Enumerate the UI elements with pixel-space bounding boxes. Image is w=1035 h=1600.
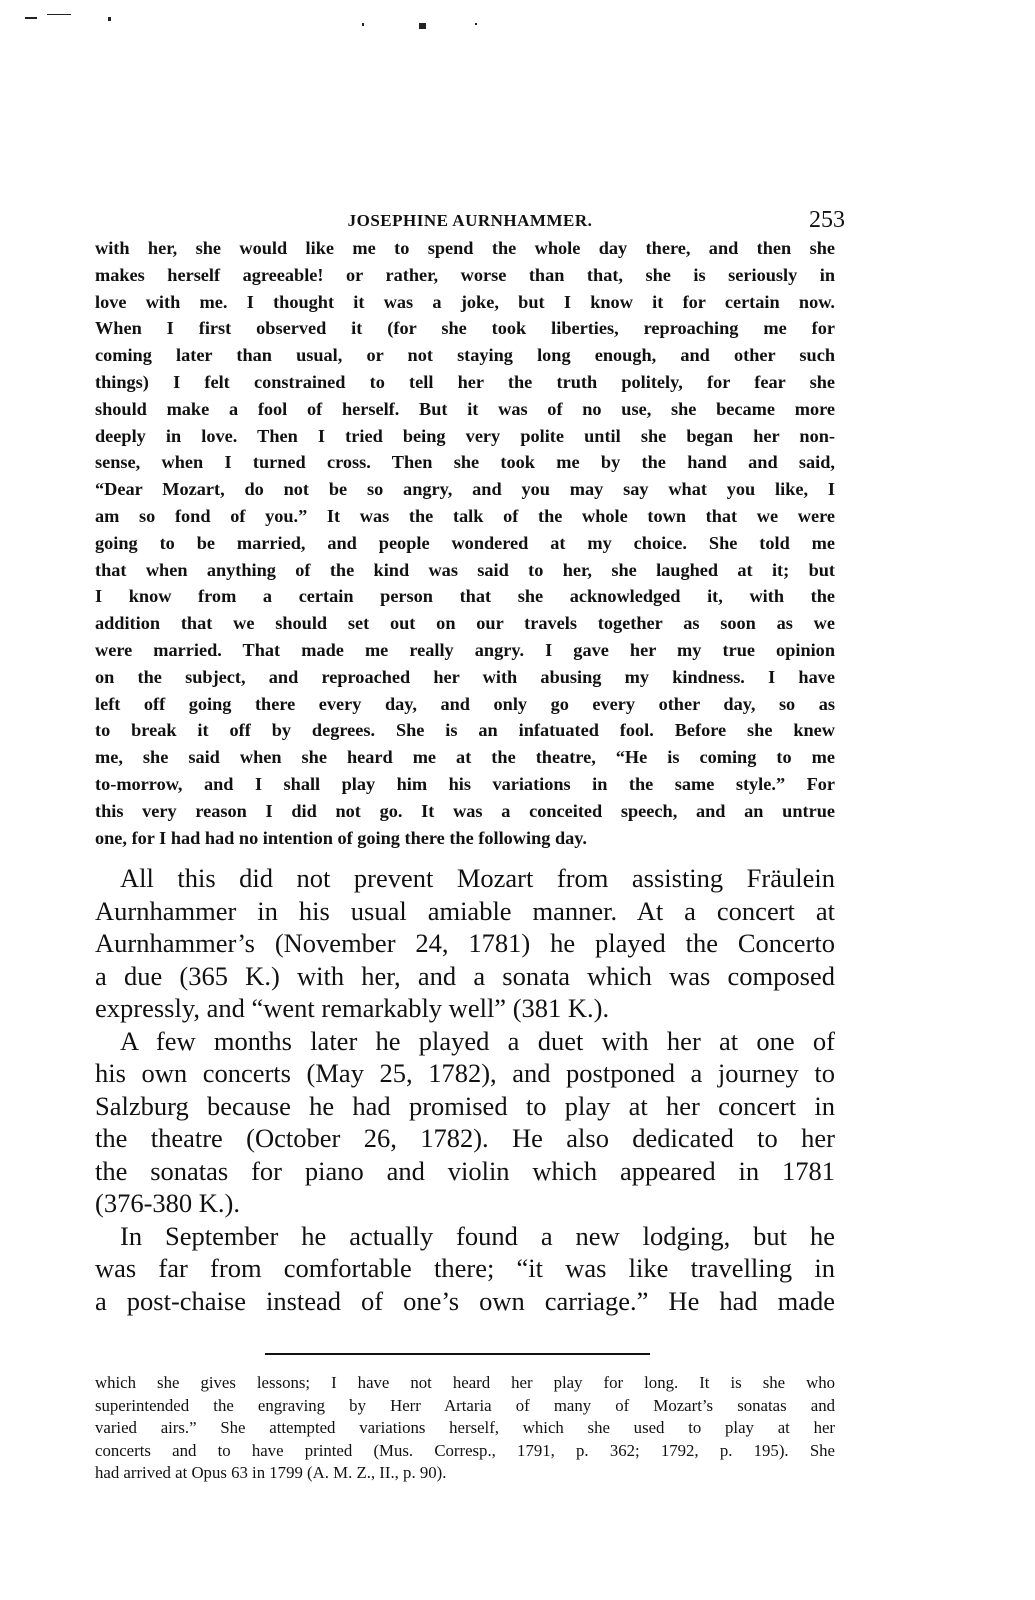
text-line: things) I felt constrained to tell her t… [95, 369, 835, 396]
footnote-line: concerts and to have printed (Mus. Corre… [95, 1440, 835, 1463]
scan-speck [419, 23, 426, 29]
text-line: on the subject, and reproached her with … [95, 664, 835, 691]
scan-speck [25, 17, 37, 19]
text-line: deeply in love. Then I tried being very … [95, 423, 835, 450]
paragraph: A few months later he played a duet with… [95, 1025, 835, 1220]
text-line: Aurnhammer in his usual amiable manner. … [95, 895, 835, 928]
text-line: this very reason I did not go. It was a … [95, 798, 835, 825]
text-line: one, for I had had no intention of going… [95, 825, 835, 852]
text-line: to-morrow, and I shall play him his vari… [95, 771, 835, 798]
text-line: that when anything of the kind was said … [95, 557, 835, 584]
text-line: “Dear Mozart, do not be so angry, and yo… [95, 476, 835, 503]
running-head: JOSEPHINE AURNHAMMER. 253 [95, 207, 845, 237]
text-line: love with me. I thought it was a joke, b… [95, 289, 835, 316]
text-line: Salzburg because he had promised to play… [95, 1090, 835, 1123]
text-line: makes herself agreeable! or rather, wors… [95, 262, 835, 289]
paragraph: All this did not prevent Mozart from ass… [95, 862, 835, 1025]
text-line: should make a fool of herself. But it wa… [95, 396, 835, 423]
text-line: A few months later he played a duet with… [95, 1025, 835, 1058]
running-title: JOSEPHINE AURNHAMMER. [95, 211, 845, 231]
text-line: going to be married, and people wondered… [95, 530, 835, 557]
scan-speck [108, 17, 111, 21]
footnote-line: superintended the engraving by Herr Arta… [95, 1395, 835, 1418]
text-line: to break it off by degrees. She is an in… [95, 717, 835, 744]
scan-artifacts [0, 0, 1035, 40]
footnote-line: which she gives lessons; I have not hear… [95, 1372, 835, 1395]
text-line: the sonatas for piano and violin which a… [95, 1155, 835, 1188]
text-line: In September he actually found a new lod… [95, 1220, 835, 1253]
text-line: his own concerts (May 25, 1782), and pos… [95, 1057, 835, 1090]
text-line: Aurnhammer’s (November 24, 1781) he play… [95, 927, 835, 960]
letter-excerpt: with her, she would like me to spend the… [95, 235, 835, 851]
text-line: was far from comfortable there; “it was … [95, 1252, 835, 1285]
text-line: (376-380 K.). [95, 1187, 835, 1220]
page-number: 253 [809, 207, 845, 234]
scan-speck [47, 14, 71, 15]
text-line: left off going there every day, and only… [95, 691, 835, 718]
footnote-line: had arrived at Opus 63 in 1799 (A. M. Z.… [95, 1462, 835, 1485]
text-line: a post-chaise instead of one’s own carri… [95, 1285, 835, 1318]
paragraph: In September he actually found a new lod… [95, 1220, 835, 1318]
text-line: When I first observed it (for she took l… [95, 315, 835, 342]
footnote-line: varied airs.” She attempted variations h… [95, 1417, 835, 1440]
text-line: the theatre (October 26, 1782). He also … [95, 1122, 835, 1155]
footnote-divider [265, 1353, 650, 1355]
text-line: were married. That made me really angry.… [95, 637, 835, 664]
text-line: All this did not prevent Mozart from ass… [95, 862, 835, 895]
text-line: am so fond of you.” It was the talk of t… [95, 503, 835, 530]
footnote: which she gives lessons; I have not hear… [95, 1372, 835, 1485]
text-line: coming later than usual, or not staying … [95, 342, 835, 369]
text-line: a due (365 K.) with her, and a sonata wh… [95, 960, 835, 993]
text-line: I know from a certain person that she ac… [95, 583, 835, 610]
text-line: sense, when I turned cross. Then she too… [95, 449, 835, 476]
text-line: addition that we should set out on our t… [95, 610, 835, 637]
text-line: with her, she would like me to spend the… [95, 235, 835, 262]
text-line: me, she said when she heard me at the th… [95, 744, 835, 771]
text-line: expressly, and “went remarkably well” (3… [95, 992, 835, 1025]
body-text: All this did not prevent Mozart from ass… [95, 862, 835, 1317]
scan-speck [362, 23, 364, 26]
scan-speck [475, 23, 477, 25]
